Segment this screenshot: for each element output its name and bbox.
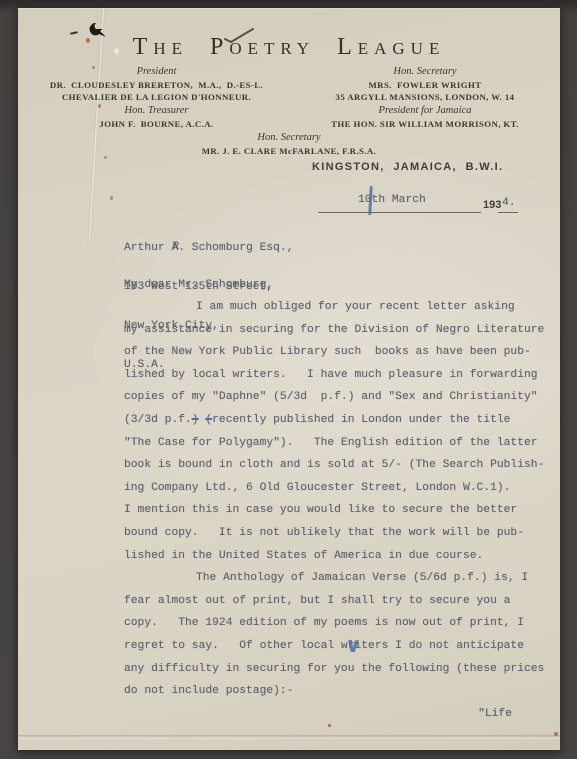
typed-line: regret to say. Of other local writers I …: [124, 635, 554, 658]
typed-line: any difficulty in securing for you the f…: [124, 658, 554, 681]
officers-right: Hon. Secretary MRS. FOWLER WRIGHT 35 ARG…: [300, 64, 550, 130]
typed-line: ing Company Ltd., 6 Old Gloucester Stree…: [124, 477, 554, 500]
typed-line: The Anthology of Jamaican Verse (5/6d p.…: [124, 567, 554, 590]
bottom-fold-crease: [18, 735, 560, 739]
typed-text: lished in the United States of America i…: [124, 550, 483, 562]
typed-text: "The Case for Polygamy"). The English ed…: [124, 437, 538, 449]
hon-secretary-jamaica-name: MR. J. E. CLARE McFARLANE, F.R.S.A.: [178, 145, 400, 157]
place-line: KINGSTON, JAMAICA, B.W.I.: [312, 161, 532, 173]
typed-text: my assistance in securing for the Divisi…: [124, 324, 544, 336]
typed-text: lished by local writers. I have much ple…: [124, 369, 538, 381]
role-treasurer: Hon. Treasurer: [34, 103, 279, 118]
pen-struck-text: ): [192, 414, 199, 426]
role-president-jamaica: President for Jamaica: [300, 103, 550, 118]
typed-text: recently published in London under the t…: [212, 414, 510, 426]
typed-text: (3/3d p.f.: [124, 414, 192, 426]
rust-speck: [110, 196, 113, 200]
letterhead-title: The Poetry League: [18, 34, 560, 61]
typed-text: ters I do not anticipate: [361, 640, 524, 652]
typed-line: (3/3d p.f.) (recently published in Londo…: [124, 409, 554, 432]
typed-line: "The Case for Polygamy"). The English ed…: [124, 432, 554, 455]
typed-text: I am much obliged for your recent letter…: [196, 301, 515, 313]
typed-line: of the New York Public Library such book…: [124, 341, 554, 364]
typed-text: "Life: [478, 708, 512, 720]
hon-secretary-address: 35 ARGYLL MANSIONS, LONDON, W. 14: [300, 91, 550, 103]
recipient-name-post: . Schomburg Esq.,: [178, 242, 293, 254]
president-name: DR. CLOUDESLEY BRERETON, M.A., D.-ES-L.: [34, 79, 279, 91]
letter-body: I am much obliged for your recent letter…: [124, 296, 554, 725]
year-rule: [498, 212, 518, 213]
typed-line: my assistance in securing for the Divisi…: [124, 319, 554, 342]
typed-text: any difficulty in securing for you the f…: [124, 663, 544, 675]
typed-line: copy. The 1924 edition of my poems is no…: [124, 612, 554, 635]
role-hon-secretary-jamaica: Hon. Secretary: [178, 130, 400, 145]
president-honors: CHEVALIER DE LA LEGION D'HONNEUR.: [34, 91, 279, 103]
date-rule: [318, 212, 481, 213]
recipient-name-line: Arthur RA. Schomburg Esq.,: [124, 242, 294, 255]
typed-line: do not include postage):-: [124, 680, 554, 703]
officers-left: President DR. CLOUDESLEY BRERETON, M.A.,…: [34, 64, 279, 130]
typed-year-digit: 4.: [502, 197, 516, 209]
typed-line: "Life: [124, 703, 554, 726]
typed-line: I mention this in case you would like to…: [124, 499, 554, 522]
treasurer-name: JOHN F. BOURNE, A.C.A.: [34, 118, 279, 130]
typed-text: of the New York Public Library such book…: [124, 346, 531, 358]
rust-speck: [104, 156, 107, 159]
recipient-name-pre: Arthur: [124, 242, 171, 254]
typed-text: do not include postage):-: [124, 685, 293, 697]
overstruck-initial-under: R: [172, 241, 179, 254]
officers-center: Hon. Secretary MR. J. E. CLARE McFARLANE…: [178, 130, 400, 157]
typed-text: bound copy. It is not ublikely that the …: [124, 527, 524, 539]
typed-line: fear almost out of print, but I shall tr…: [124, 590, 554, 613]
typed-text: fear almost out of print, but I shall tr…: [124, 595, 510, 607]
typed-line: bound copy. It is not ublikely that the …: [124, 522, 554, 545]
typed-line: book is bound in cloth and is sold at 5/…: [124, 454, 554, 477]
overstruck-initial: RA: [171, 242, 178, 255]
printed-year-prefix: 193: [483, 199, 501, 211]
typed-text: I mention this in case you would like to…: [124, 504, 517, 516]
typed-text: ing Company Ltd., 6 Old Gloucester Stree…: [124, 482, 510, 494]
scan-background: { "colors": { "paper": "#d9d3c4", "frame…: [0, 0, 577, 759]
typed-text: book is bound in cloth and is sold at 5/…: [124, 459, 544, 471]
pen-caret-text: ri: [348, 640, 362, 652]
president-jamaica-name: THE HON. SIR WILLIAM MORRISON, KT.: [300, 118, 550, 130]
typed-line: I am much obliged for your recent letter…: [124, 296, 554, 319]
letter-page: The Poetry League President DR. CLOUDESL…: [18, 8, 560, 750]
typed-text: copy. The 1924 edition of my poems is no…: [124, 617, 524, 629]
hon-secretary-name: MRS. FOWLER WRIGHT: [300, 79, 550, 91]
typed-text: copies of my "Daphne" (5/3d p.f.) and "S…: [124, 391, 538, 403]
typed-line: lished by local writers. I have much ple…: [124, 364, 554, 387]
role-hon-secretary: Hon. Secretary: [300, 64, 550, 79]
salutation: My dear Mr. Schomburg,: [124, 279, 273, 291]
role-president: President: [34, 64, 279, 79]
typed-text: regret to say. Of other local w: [124, 640, 348, 652]
typed-line: lished in the United States of America i…: [124, 545, 554, 568]
typed-text: The Anthology of Jamaican Verse (5/6d p.…: [196, 572, 528, 584]
typed-line: copies of my "Daphne" (5/3d p.f.) and "S…: [124, 386, 554, 409]
